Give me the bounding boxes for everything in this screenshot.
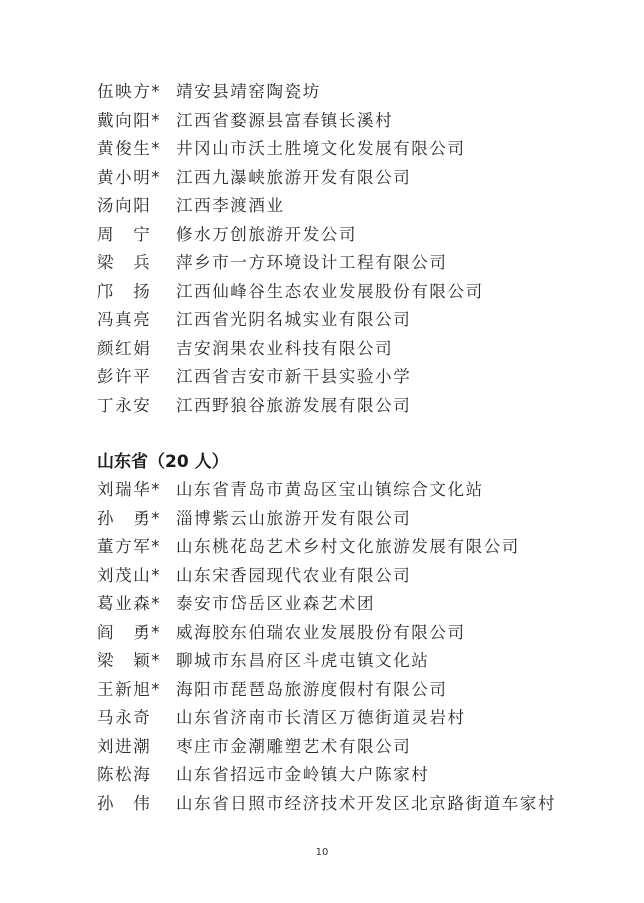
person-name: 王新旭* [97,676,177,704]
organization: 聊城市东昌府区斗虎屯镇文化站 [176,647,429,675]
person-name: 刘进潮 [97,733,177,761]
organization: 江西仙峰谷生态农业发展股份有限公司 [176,278,484,306]
person-name: 马永奇 [97,704,177,732]
person-name: 孙 勇* [97,505,177,533]
organization: 山东宋香园现代农业有限公司 [176,562,411,590]
organization: 山东桃花岛艺术乡村文化旅游发展有限公司 [176,533,520,561]
person-name: 梁 兵 [97,249,177,277]
document-page: 伍映方* 靖安县靖窑陶瓷坊 戴向阳* 江西省婺源县富春镇长溪村 黄俊生* 井冈山… [0,0,644,903]
organization: 江西省婺源县富春镇长溪村 [176,107,393,135]
person-name: 邝 扬 [97,278,177,306]
organization: 吉安润果农业科技有限公司 [176,335,393,363]
organization: 海阳市琵琶岛旅游度假村有限公司 [176,676,448,704]
organization: 威海胶东伯瑞农业发展股份有限公司 [176,619,466,647]
person-name: 刘茂山* [97,562,177,590]
person-name: 黄俊生* [97,135,177,163]
person-name: 伍映方* [97,78,177,106]
organization: 靖安县靖窑陶瓷坊 [176,78,321,106]
organization: 山东省青岛市黄岛区宝山镇综合文化站 [176,476,484,504]
organization: 山东省招远市金岭镇大户陈家村 [176,761,429,789]
person-name: 丁永安 [97,392,177,420]
person-name: 戴向阳* [97,107,177,135]
organization: 江西省吉安市新干县实验小学 [176,363,411,391]
person-name: 董方军* [97,533,177,561]
organization: 山东省日照市经济技术开发区北京路街道车家村 [176,790,556,818]
organization: 淄博紫云山旅游开发有限公司 [176,505,411,533]
person-name: 周 宁 [97,221,177,249]
organization: 修水万创旅游开发公司 [176,221,357,249]
person-name: 阎 勇* [97,619,177,647]
person-name: 颜红娟 [97,335,177,363]
organization: 萍乡市一方环境设计工程有限公司 [176,249,448,277]
organization: 山东省济南市长清区万德街道灵岩村 [176,704,466,732]
page-number: 10 [0,847,644,858]
person-name: 刘瑞华* [97,476,177,504]
person-name: 汤向阳 [97,192,177,220]
organization: 江西九瀑峡旅游开发有限公司 [176,164,411,192]
organization: 枣庄市金潮雕塑艺术有限公司 [176,733,411,761]
organization: 江西省光阴名城实业有限公司 [176,306,411,334]
organization: 井冈山市沃土胜境文化发展有限公司 [176,135,466,163]
organization: 泰安市岱岳区业森艺术团 [176,590,375,618]
person-name: 冯真亮 [97,306,177,334]
section-heading: 山东省（20 人） [97,447,229,477]
person-name: 葛业森* [97,590,177,618]
person-name: 彭许平 [97,363,177,391]
person-name: 陈松海 [97,761,177,789]
organization: 江西野狼谷旅游发展有限公司 [176,392,411,420]
person-name: 黄小明* [97,164,177,192]
person-name: 梁 颖* [97,647,177,675]
organization: 江西李渡酒业 [176,192,285,220]
person-name: 孙 伟 [97,790,177,818]
